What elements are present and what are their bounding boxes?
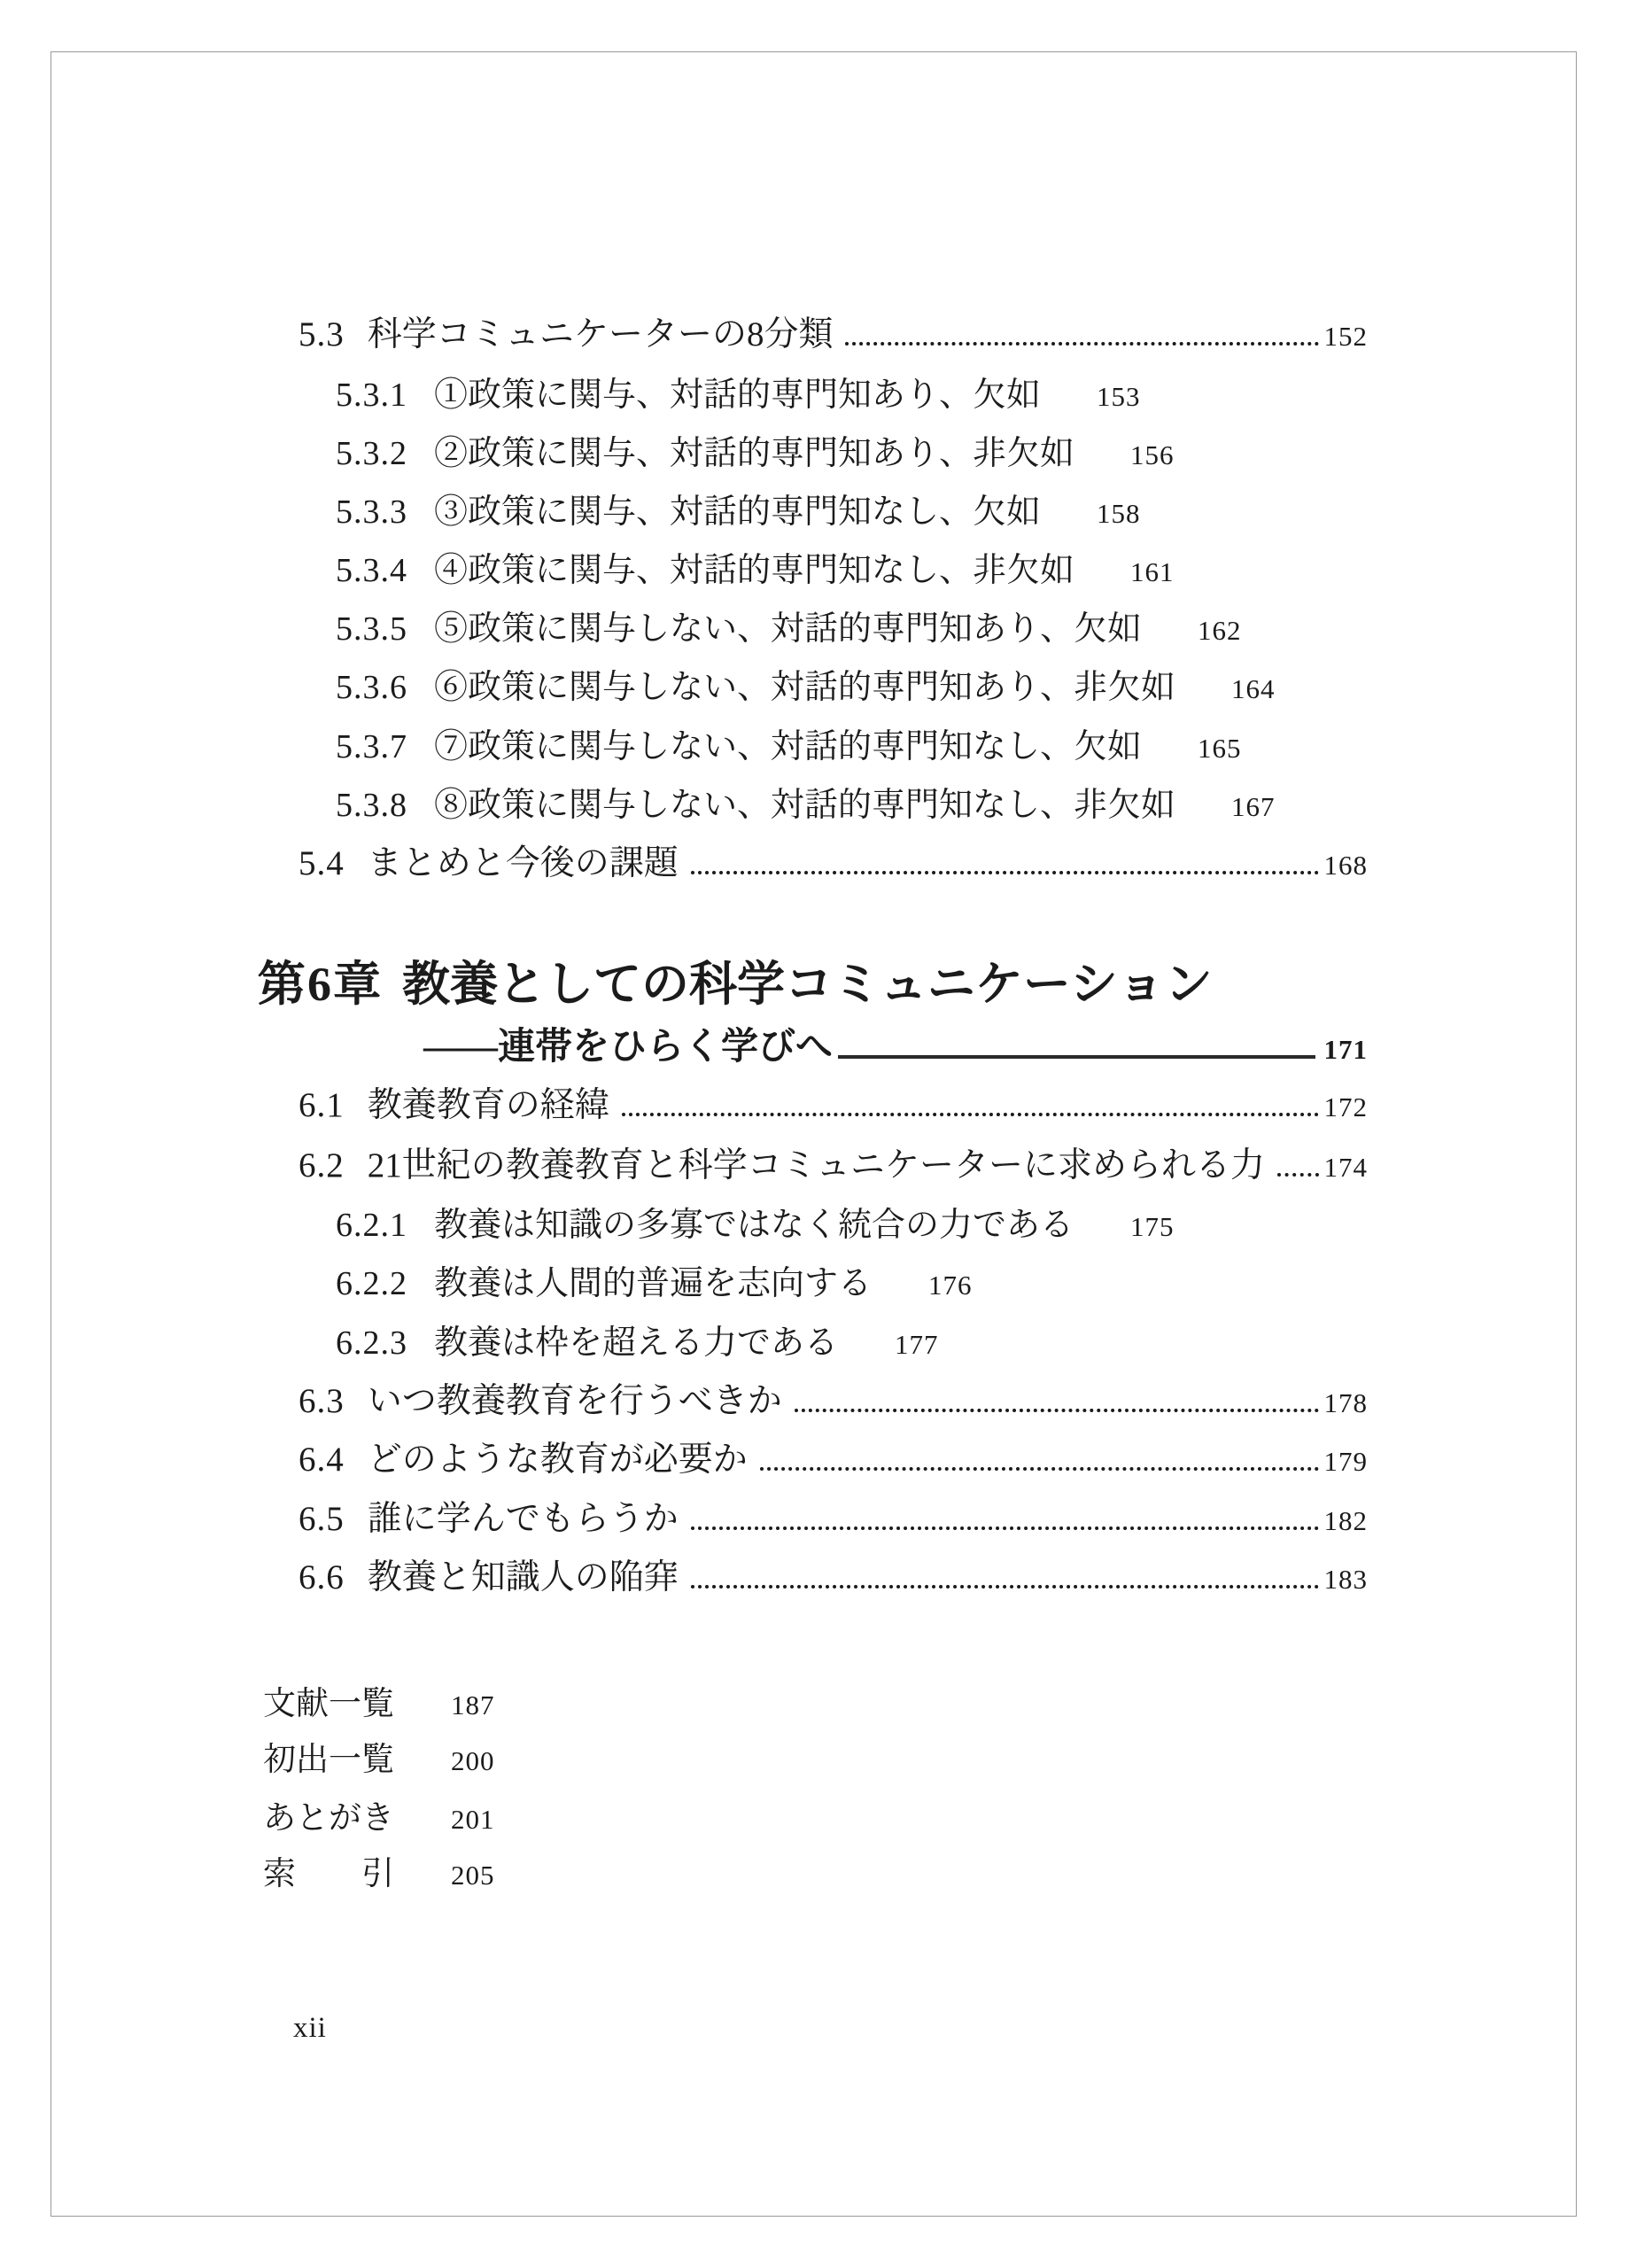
- book-toc-page: { "colors": { "text": "#1b1b1b", "border…: [0, 0, 1629, 2268]
- entry-title: 教養教育の経緯: [368, 1086, 609, 1126]
- entry-title: ⑦政策に関与しない、対話的専門知なし、欠如: [434, 728, 1141, 767]
- toc-entry-5-3-5: 5.3.5 ⑤政策に関与しない、対話的専門知あり、欠如 162: [336, 610, 1242, 649]
- toc-entry-6-1: 6.1 教養教育の経緯 172: [299, 1086, 1368, 1126]
- page-number: 177: [895, 1329, 939, 1361]
- entry-title: 索引: [263, 1856, 394, 1894]
- entry-number: 5.4: [299, 844, 345, 884]
- page-number: 153: [1097, 381, 1141, 413]
- dot-leader: [691, 1585, 1319, 1588]
- entry-title: ①政策に関与、対話的専門知あり、欠如: [434, 377, 1040, 416]
- dot-leader: [795, 1409, 1319, 1412]
- entry-title: まとめと今後の課題: [368, 844, 679, 884]
- toc-entry-5-3: 5.3 科学コミュニケーターの8分類 152: [299, 315, 1368, 355]
- entry-number: 6.4: [299, 1441, 345, 1480]
- entry-number: 5.3.7: [336, 728, 407, 767]
- entry-number: 6.2: [299, 1146, 345, 1186]
- entry-number: 5.3.6: [336, 669, 407, 708]
- toc-entry-5-3-3: 5.3.3 ③政策に関与、対話的専門知なし、欠如 158: [336, 493, 1141, 532]
- page-number: 168: [1324, 850, 1369, 882]
- entry-number: 6.5: [299, 1500, 345, 1540]
- folio-page-number: xii: [293, 2012, 327, 2045]
- backmatter-entry-first-appearances: 初出一覧 200: [263, 1742, 495, 1780]
- toc-entry-6-6: 6.6 教養と知識人の陥穽 183: [299, 1558, 1368, 1598]
- entry-title: ⑧政策に関与しない、対話的専門知なし、非欠如: [434, 787, 1175, 826]
- toc-entry-5-4: 5.4 まとめと今後の課題 168: [299, 844, 1368, 884]
- page-number: 161: [1130, 556, 1175, 588]
- toc-entry-5-3-8: 5.3.8 ⑧政策に関与しない、対話的専門知なし、非欠如 167: [336, 787, 1276, 826]
- toc-entry-6-2: 6.2 21世紀の教養教育と科学コミュニケーターに求められる力 174: [299, 1146, 1368, 1186]
- entry-title: ②政策に関与、対話的専門知あり、非欠如: [434, 435, 1074, 474]
- page-number: 175: [1130, 1211, 1175, 1243]
- page-number: 158: [1097, 498, 1141, 530]
- page-number: 201: [451, 1804, 495, 1836]
- chapter-subtitle-row: ——連帯をひらく学びへ 171: [423, 1026, 1368, 1069]
- page-number: 167: [1231, 791, 1276, 823]
- backmatter-entry-afterword: あとがき 201: [263, 1800, 495, 1838]
- dot-leader: [1277, 1173, 1319, 1177]
- page-number: 164: [1231, 673, 1276, 705]
- entry-title: 誰に学んでもらうか: [368, 1500, 679, 1540]
- entry-title: いつ教養教育を行うべきか: [368, 1382, 782, 1422]
- entry-number: 5.3.2: [336, 435, 407, 474]
- page-number: 156: [1130, 439, 1175, 471]
- entry-title: 21世紀の教養教育と科学コミュニケーターに求められる力: [368, 1146, 1265, 1186]
- page-number: 162: [1198, 615, 1242, 647]
- entry-number: 5.3.8: [336, 787, 407, 826]
- entry-number: 5.3.4: [336, 552, 407, 591]
- page-number: 178: [1324, 1387, 1369, 1419]
- entry-title: 教養は人間的普遍を志向する: [434, 1265, 872, 1304]
- backmatter-entry-bibliography: 文献一覧 187: [263, 1686, 495, 1724]
- page-number: 187: [451, 1689, 495, 1721]
- entry-number: 5.3.1: [336, 377, 407, 416]
- entry-number: 5.3.3: [336, 493, 407, 532]
- entry-title: どのような教育が必要か: [368, 1441, 748, 1480]
- entry-title: 初出一覧: [263, 1742, 394, 1780]
- dot-leader: [760, 1467, 1319, 1471]
- chapter-subtitle: ——連帯をひらく学びへ: [423, 1026, 833, 1068]
- page-number: 200: [451, 1745, 495, 1777]
- entry-number: 6.6: [299, 1558, 345, 1598]
- backmatter-entry-index: 索引 205: [263, 1856, 495, 1894]
- chapter-number: 第6章: [258, 957, 383, 1012]
- entry-title: ③政策に関与、対話的専門知なし、欠如: [434, 493, 1040, 532]
- entry-number: 6.1: [299, 1086, 345, 1126]
- chapter-heading: 第6章 教養としての科学コミュニケーション: [258, 957, 1213, 1012]
- entry-number: 6.2.3: [336, 1324, 407, 1363]
- toc-entry-5-3-1: 5.3.1 ①政策に関与、対話的専門知あり、欠如 153: [336, 377, 1141, 416]
- subtitle-rule: [838, 1055, 1315, 1059]
- entry-title: 教養は知識の多寡ではなく統合の力である: [434, 1207, 1074, 1246]
- toc-entry-5-3-6: 5.3.6 ⑥政策に関与しない、対話的専門知あり、非欠如 164: [336, 669, 1276, 708]
- page-number: 176: [928, 1270, 973, 1301]
- entry-title: 科学コミュニケーターの8分類: [368, 315, 834, 355]
- entry-title: ④政策に関与、対話的専門知なし、非欠如: [434, 552, 1074, 591]
- toc-entry-6-2-1: 6.2.1 教養は知識の多寡ではなく統合の力である 175: [336, 1207, 1175, 1246]
- dot-leader: [622, 1113, 1319, 1116]
- toc-entry-6-2-2: 6.2.2 教養は人間的普遍を志向する 176: [336, 1265, 973, 1304]
- entry-number: 6.3: [299, 1382, 345, 1422]
- entry-number: 5.3.5: [336, 610, 407, 649]
- dot-leader: [845, 342, 1318, 346]
- toc-entry-5-3-7: 5.3.7 ⑦政策に関与しない、対話的専門知なし、欠如 165: [336, 728, 1242, 767]
- toc-entry-5-3-4: 5.3.4 ④政策に関与、対話的専門知なし、非欠如 161: [336, 552, 1175, 591]
- toc-entry-6-5: 6.5 誰に学んでもらうか 182: [299, 1500, 1368, 1540]
- page-sheet: 5.3 科学コミュニケーターの8分類 152 5.3.1 ①政策に関与、対話的専…: [50, 51, 1577, 2217]
- entry-number: 6.2.1: [336, 1207, 407, 1246]
- toc-entry-6-4: 6.4 どのような教育が必要か 179: [299, 1441, 1368, 1480]
- entry-title: 教養は枠を超える力である: [434, 1324, 838, 1363]
- dot-leader: [691, 871, 1319, 874]
- toc-entry-6-3: 6.3 いつ教養教育を行うべきか 178: [299, 1382, 1368, 1422]
- page-number: 174: [1324, 1152, 1369, 1184]
- page-number: 182: [1324, 1505, 1369, 1537]
- entry-title: 教養と知識人の陥穽: [368, 1558, 679, 1598]
- page-number: 152: [1324, 321, 1369, 353]
- page-number: 205: [451, 1860, 495, 1891]
- entry-title: ⑥政策に関与しない、対話的専門知あり、非欠如: [434, 669, 1175, 708]
- entry-title: あとがき: [263, 1800, 394, 1838]
- chapter-title: 教養としての科学コミュニケーション: [402, 957, 1213, 1012]
- dot-leader: [691, 1526, 1319, 1530]
- toc-entry-5-3-2: 5.3.2 ②政策に関与、対話的専門知あり、非欠如 156: [336, 435, 1175, 474]
- page-number: 179: [1324, 1446, 1369, 1478]
- page-number: 171: [1324, 1034, 1369, 1066]
- entry-title: 文献一覧: [263, 1686, 394, 1724]
- page-number: 183: [1324, 1564, 1369, 1596]
- page-number: 165: [1198, 733, 1242, 765]
- entry-number: 6.2.2: [336, 1265, 407, 1304]
- entry-number: 5.3: [299, 315, 345, 355]
- entry-title: ⑤政策に関与しない、対話的専門知あり、欠如: [434, 610, 1141, 649]
- toc-entry-6-2-3: 6.2.3 教養は枠を超える力である 177: [336, 1324, 939, 1363]
- page-number: 172: [1324, 1091, 1369, 1123]
